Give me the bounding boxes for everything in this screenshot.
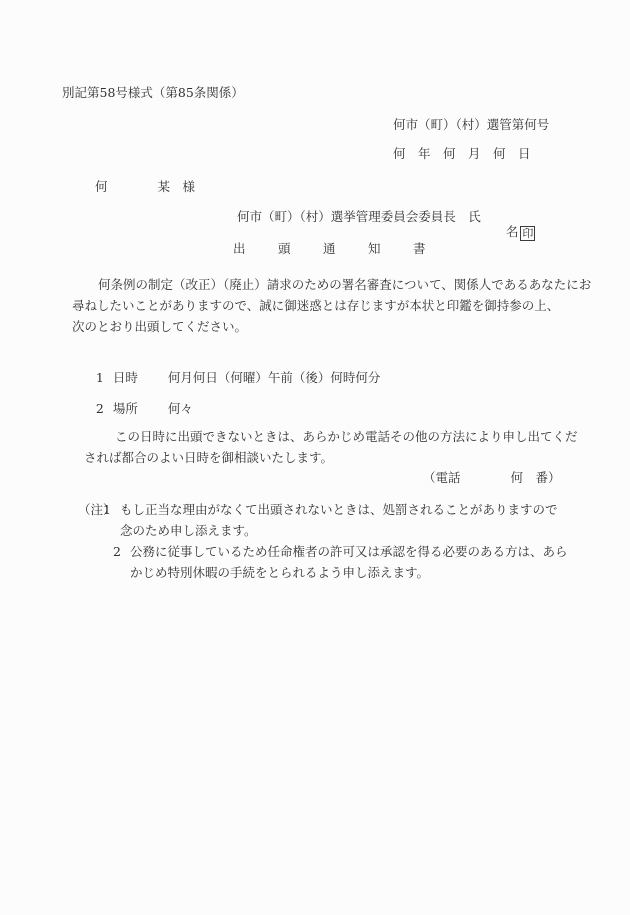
notes-label: （注） bbox=[78, 499, 116, 520]
notes-section: （注） 1 もし正当な理由がなくて出頭されないときは、処罰されることがありますの… bbox=[78, 499, 590, 583]
note-2-number: 2 bbox=[113, 541, 130, 583]
document-title: 出 頭 通 知 書 bbox=[233, 241, 428, 256]
item-datetime-number: 1 bbox=[96, 370, 113, 385]
reference-number: 何市（町）（村）選管第何号 bbox=[393, 117, 549, 132]
item-datetime-label: 日時 bbox=[113, 370, 168, 385]
note-item-1: 1 もし正当な理由がなくて出頭されないときは、処罰されることがありますので 念の… bbox=[103, 499, 590, 541]
notice-paragraph: この日時に出頭できないときは、あらかじめ電話その他の方法により申し出てくだ され… bbox=[84, 426, 594, 468]
item-place-label: 場所 bbox=[113, 401, 168, 416]
item-place: 2場所何々 bbox=[80, 386, 193, 431]
sender-name-seal-group: 名印 bbox=[490, 209, 535, 256]
addressee-line: 何 某 様 bbox=[95, 179, 195, 194]
item-place-value: 何々 bbox=[168, 401, 193, 416]
form-number: 別記第58号様式（第85条関係） bbox=[62, 85, 244, 100]
note-2-text: 公務に従事しているため任命権者の許可又は承認を得る必要のある方は、あら かじめ特… bbox=[130, 541, 568, 583]
sender-title-line: 何市（町）（村）選挙管理委員会委員長 氏 bbox=[237, 209, 481, 224]
note-1-text: もし正当な理由がなくて出頭されないときは、処罰されることがありますので 念のため… bbox=[120, 499, 558, 541]
date-line: 何 年 何 月 何 日 bbox=[393, 146, 531, 161]
note-item-2: 2 公務に従事しているため任命権者の許可又は承認を得る必要のある方は、あら かじ… bbox=[113, 541, 590, 583]
phone-line: （電話 何 番） bbox=[423, 470, 561, 485]
document-page: 別記第58号様式（第85条関係） 何市（町）（村）選管第何号 何 年 何 月 何… bbox=[0, 0, 630, 915]
sender-name-suffix: 名 bbox=[506, 224, 519, 239]
body-paragraph: 何条例の制定（改正）（廃止）請求のための署名審査について、関係人であるあなたにお… bbox=[72, 274, 592, 337]
item-datetime-value: 何月何日（何曜）午前（後）何時何分 bbox=[168, 370, 381, 385]
item-place-number: 2 bbox=[96, 401, 113, 416]
seal-mark: 印 bbox=[520, 226, 535, 241]
